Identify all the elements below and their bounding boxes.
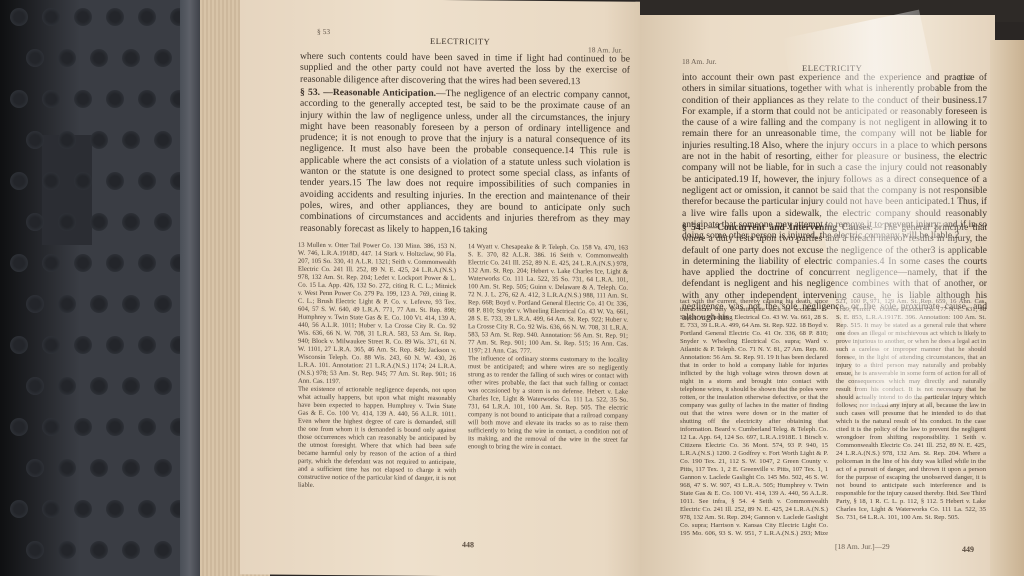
perforation-hole [74,500,92,518]
perforation-hole [58,541,76,559]
perforation-hole [26,295,44,313]
perforation-hole [138,336,156,354]
perforation-hole [90,377,108,395]
perforation-hole [154,459,172,477]
perforation-hole [106,8,124,26]
left-footnotes-col2: 14 Wyatt v. Chesapeake & P. Teleph. Co. … [468,243,628,534]
perforation-hole [138,8,156,26]
perforation-hole [26,49,44,67]
right-body-top-text: into account their own past experience a… [682,72,987,241]
perforation-hole [42,254,60,272]
perforation-hole [42,336,60,354]
right-footnotes-col2: 521, 100 P. 971, 129 Am. St. Rep. 659, 1… [836,298,986,538]
left-footnotes-col1: 13 Mullen v. Otter Tail Power Co. 130 Mi… [298,242,456,533]
perforation-hole [58,131,76,149]
section-53-heading: § 53. —Reasonable Anticipation. [300,87,436,99]
perforation-hole [122,541,140,559]
perforation-hole [58,377,76,395]
perforation-hole [74,172,92,190]
perforation-hole [74,336,92,354]
perforation-hole [74,90,92,108]
right-body-top: into account their own past experience a… [682,72,987,241]
right-page: 18 Am. Jur. ELECTRICITY § 54 into accoun… [640,15,995,576]
perforation-hole [74,8,92,26]
perforation-hole [26,213,44,231]
perforation-hole [90,459,108,477]
right-volume-ref: 18 Am. Jur. [682,57,717,66]
perforation-hole [26,541,44,559]
perforation-hole [154,295,172,313]
left-body-top: where such contents could have been save… [300,51,630,88]
perforation-hole [138,172,156,190]
left-running-header: ELECTRICITY [430,36,490,47]
section-53-body: —The negligence of an electric company c… [300,88,630,235]
right-footnotes-col2-text: 521, 100 P. 971, 129 Am. St. Rep. 659, 1… [836,298,986,522]
left-page: § 53 ELECTRICITY 18 Am. Jur. where such … [240,0,645,576]
signature-mark: [18 Am. Jur.]—29 [835,542,890,551]
perforation-hole [122,131,140,149]
perforation-hole [90,49,108,67]
right-footnotes-col1: tact with the current, thereby causing h… [680,298,828,538]
perforation-hole [106,90,124,108]
left-section-marker: § 53 [317,27,330,36]
perforation-hole [138,254,156,272]
perforation-hole [90,131,108,149]
perforation-hole [122,49,140,67]
perforation-hole [90,541,108,559]
left-footnotes-col2-text: 14 Wyatt v. Chesapeake & P. Teleph. Co. … [468,243,628,356]
left-footnotes-col1-text: 13 Mullen v. Otter Tail Power Co. 130 Mi… [298,242,456,387]
perforation-hole [10,254,28,272]
perforation-hole [10,172,28,190]
perforation-hole [90,295,108,313]
perforation-hole [26,377,44,395]
perforation-hole [122,459,140,477]
perforation-hole [154,49,172,67]
perforation-hole [122,377,140,395]
left-footnotes-col2-extra: The influence of ordinary storms customa… [468,355,628,452]
section-53: § 53. —Reasonable Anticipation.—The negl… [300,87,630,237]
perforation-hole [74,254,92,272]
perforation-hole [42,172,60,190]
book-cover-edge [180,0,200,576]
perforation-hole [106,172,124,190]
perforation-hole [106,254,124,272]
perforation-hole [10,8,28,26]
perforation-hole [42,90,60,108]
perforation-hole [42,500,60,518]
perforation-hole [58,295,76,313]
case-shadow [0,0,80,576]
section-54-heading: § 54. —Concurrent and Intervening Causes… [682,222,873,233]
perforation-hole [10,500,28,518]
perforation-hole [106,500,124,518]
perforation-hole [154,131,172,149]
left-body-top-text: where such contents could have been save… [300,51,630,88]
left-footnotes-col1-extra: The existence of actionable negligence d… [298,386,456,491]
perforation-hole [26,459,44,477]
perforation-hole [138,418,156,436]
perforation-hole [106,418,124,436]
perforation-hole [74,418,92,436]
perforation-hole [154,377,172,395]
perforation-hole [10,418,28,436]
perforation-hole [42,418,60,436]
perforation-hole [10,90,28,108]
perforation-hole [58,49,76,67]
right-page-number: 449 [962,545,974,554]
perforation-hole [26,131,44,149]
perforation-hole [122,213,140,231]
perforation-hole [106,336,124,354]
perforation-hole [138,500,156,518]
perforation-hole [58,459,76,477]
perforation-hole [10,336,28,354]
page-stack-right [990,40,1024,576]
right-footnotes-col1-text: tact with the current, thereby causing h… [680,298,828,538]
left-page-number: 448 [462,540,474,549]
perforation-hole [90,213,108,231]
perforation-hole [122,295,140,313]
perforation-hole [154,213,172,231]
perforation-hole [154,541,172,559]
perforation-hole [42,8,60,26]
perforation-hole [138,90,156,108]
perforation-hole [58,213,76,231]
